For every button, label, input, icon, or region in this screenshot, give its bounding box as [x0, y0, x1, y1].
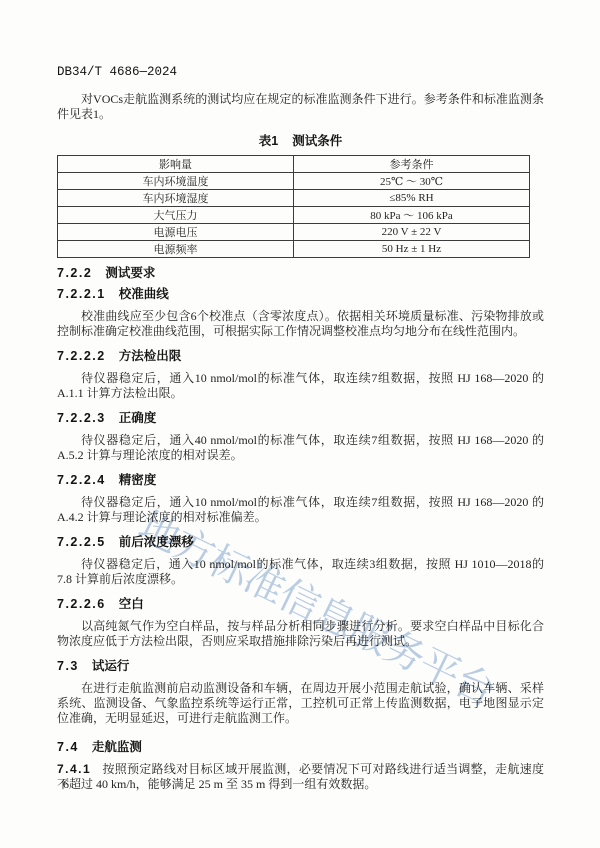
- table-header-cell-influence: 影响量: [58, 156, 294, 173]
- table-header-cell-reference: 参考条件: [294, 156, 530, 173]
- heading-number: 7.2.2.2: [57, 349, 106, 363]
- heading-7-2-2-3: 7.2.2.3正确度: [57, 411, 544, 426]
- table-cell: 50 Hz ± 1 Hz: [294, 241, 530, 258]
- table-row: 车内环境湿度 ≤85% RH: [58, 190, 530, 207]
- heading-7-2-2: 7.2.2测试要求: [57, 266, 544, 281]
- heading-number: 7.2.2.3: [57, 411, 106, 425]
- table-cell: ≤85% RH: [294, 190, 530, 207]
- heading-number: 7.2.2.1: [57, 287, 106, 301]
- section-paragraph: 待仪器稳定后，通入40 nmol/mol的标准气体，取连续7组数据，按照 HJ …: [57, 433, 544, 463]
- test-conditions-table: 影响量 参考条件 车内环境温度 25℃ ～ 30℃ 车内环境湿度 ≤85% RH…: [57, 155, 530, 258]
- document-page: DB34/T 4686—2024 地方标准信息服务平台 对VOCs走航监测系统的…: [0, 0, 600, 848]
- table-cell: 车内环境温度: [58, 173, 294, 190]
- table-cell: 车内环境湿度: [58, 190, 294, 207]
- table-caption-label: 表1: [259, 134, 278, 148]
- heading-7-2-2-5: 7.2.2.5前后浓度漂移: [57, 535, 544, 550]
- table-cell: 25℃ ～ 30℃: [294, 173, 530, 190]
- heading-number: 7.2.2.4: [57, 473, 106, 487]
- heading-title: 试运行: [92, 659, 130, 673]
- heading-title: 校准曲线: [119, 287, 169, 301]
- heading-title: 空白: [119, 597, 144, 611]
- clause-text: 按照预定路线对目标区域开展监测，必要情况下可对路线进行适当调整，走航速度不超过 …: [57, 762, 544, 791]
- heading-number: 7.2.2.6: [57, 597, 106, 611]
- section-paragraph: 校准曲线应至少包含6个校准点（含零浓度点）。依据相关环境质量标准、污染物排放或控…: [57, 309, 544, 339]
- heading-title: 走航监测: [92, 740, 142, 754]
- heading-number: 7.4: [57, 740, 79, 754]
- heading-7-4: 7.4走航监测: [57, 740, 544, 755]
- clause-number: 7.4.1: [57, 762, 91, 776]
- heading-7-2-2-1: 7.2.2.1校准曲线: [57, 287, 544, 302]
- section-paragraph: 待仪器稳定后，通入10 nmol/mol的标准气体，取连续3组数据，按照 HJ …: [57, 557, 544, 587]
- heading-title: 前后浓度漂移: [119, 535, 194, 549]
- heading-title: 精密度: [119, 473, 157, 487]
- table-cell: 电源频率: [58, 241, 294, 258]
- table-row: 电源电压 220 V ± 22 V: [58, 224, 530, 241]
- section-paragraph: 待仪器稳定后，通入10 nmol/mol的标准气体，取连续7组数据，按照 HJ …: [57, 495, 544, 525]
- section-paragraph: 在进行走航监测前启动监测设备和车辆，在周边开展小范围走航试验，确认车辆、采样系统…: [57, 681, 544, 726]
- table-caption-title: 测试条件: [292, 134, 342, 148]
- heading-7-2-2-6: 7.2.2.6空白: [57, 597, 544, 612]
- heading-title: 方法检出限: [119, 349, 182, 363]
- table-cell: 220 V ± 22 V: [294, 224, 530, 241]
- heading-7-3: 7.3试运行: [57, 659, 544, 674]
- page-content: 对VOCs走航监测系统的测试均应在规定的标准监测条件下进行。参考条件和标准监测条…: [57, 0, 544, 792]
- table-row: 车内环境温度 25℃ ～ 30℃: [58, 173, 530, 190]
- heading-number: 7.3: [57, 659, 79, 673]
- table-cell: 大气压力: [58, 207, 294, 224]
- table-row: 大气压力 80 kPa ～ 106 kPa: [58, 207, 530, 224]
- section-paragraph: 待仪器稳定后，通入10 nmol/mol的标准气体，取连续7组数据，按照 HJ …: [57, 371, 544, 401]
- heading-number: 7.2.2.5: [57, 535, 106, 549]
- table-cell: 80 kPa ～ 106 kPa: [294, 207, 530, 224]
- heading-7-2-2-4: 7.2.2.4精密度: [57, 473, 544, 488]
- intro-paragraph: 对VOCs走航监测系统的测试均应在规定的标准监测条件下进行。参考条件和标准监测条…: [57, 92, 544, 122]
- table-caption: 表1测试条件: [57, 134, 544, 149]
- heading-title: 正确度: [119, 411, 157, 425]
- heading-number: 7.2.2: [57, 266, 92, 280]
- table-header-row: 影响量 参考条件: [58, 156, 530, 173]
- clause-7-4-1-paragraph: 7.4.1按照预定路线对目标区域开展监测，必要情况下可对路线进行适当调整，走航速…: [57, 762, 544, 792]
- table-row: 电源频率 50 Hz ± 1 Hz: [58, 241, 530, 258]
- heading-title: 测试要求: [105, 266, 155, 280]
- section-paragraph: 以高纯氮气作为空白样品，按与样品分析相同步骤进行分析。要求空白样品中目标化合物浓…: [57, 619, 544, 649]
- table-cell: 电源电压: [58, 224, 294, 241]
- heading-7-2-2-2: 7.2.2.2方法检出限: [57, 349, 544, 364]
